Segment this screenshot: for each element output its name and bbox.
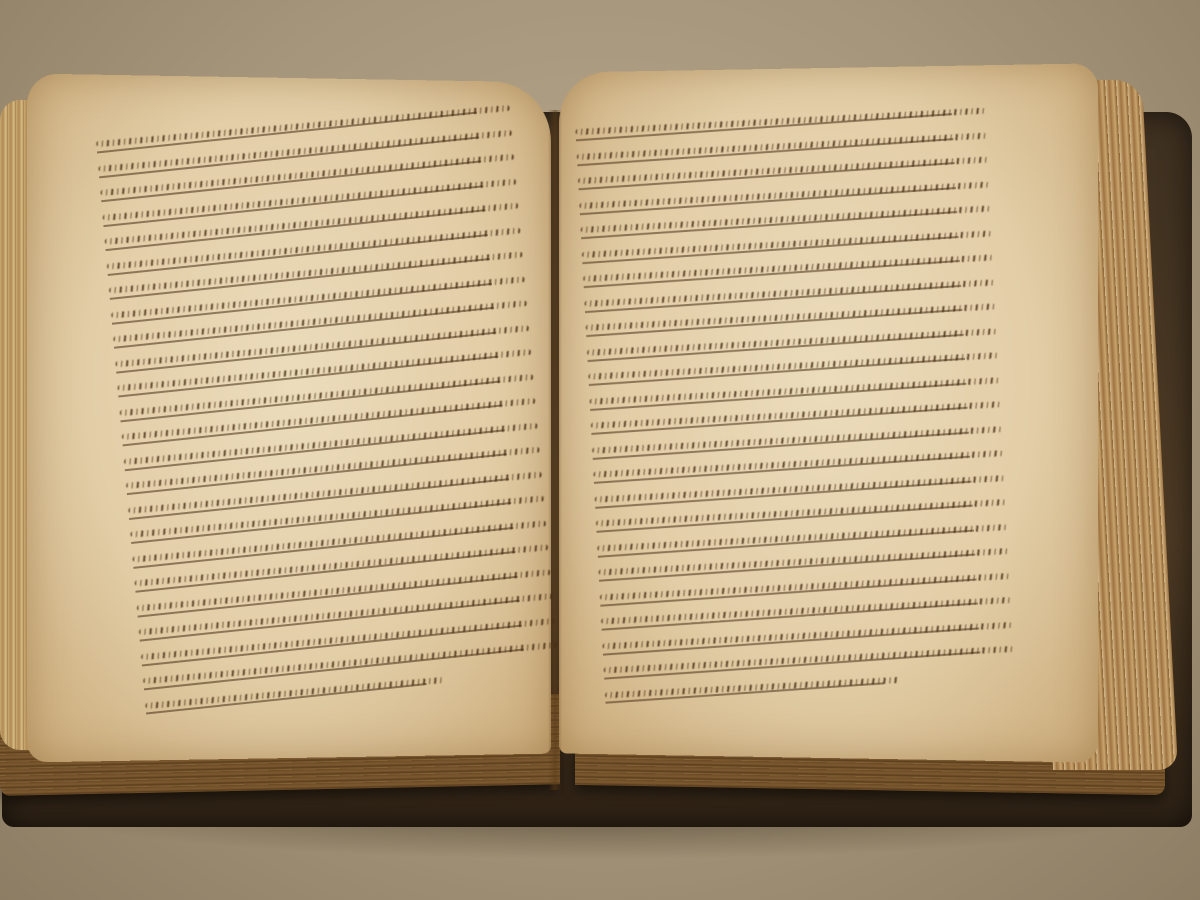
right-page-handwriting <box>575 98 1015 707</box>
book-gutter <box>548 110 562 790</box>
photo-scene <box>0 0 1200 900</box>
left-page-handwriting <box>95 95 560 717</box>
